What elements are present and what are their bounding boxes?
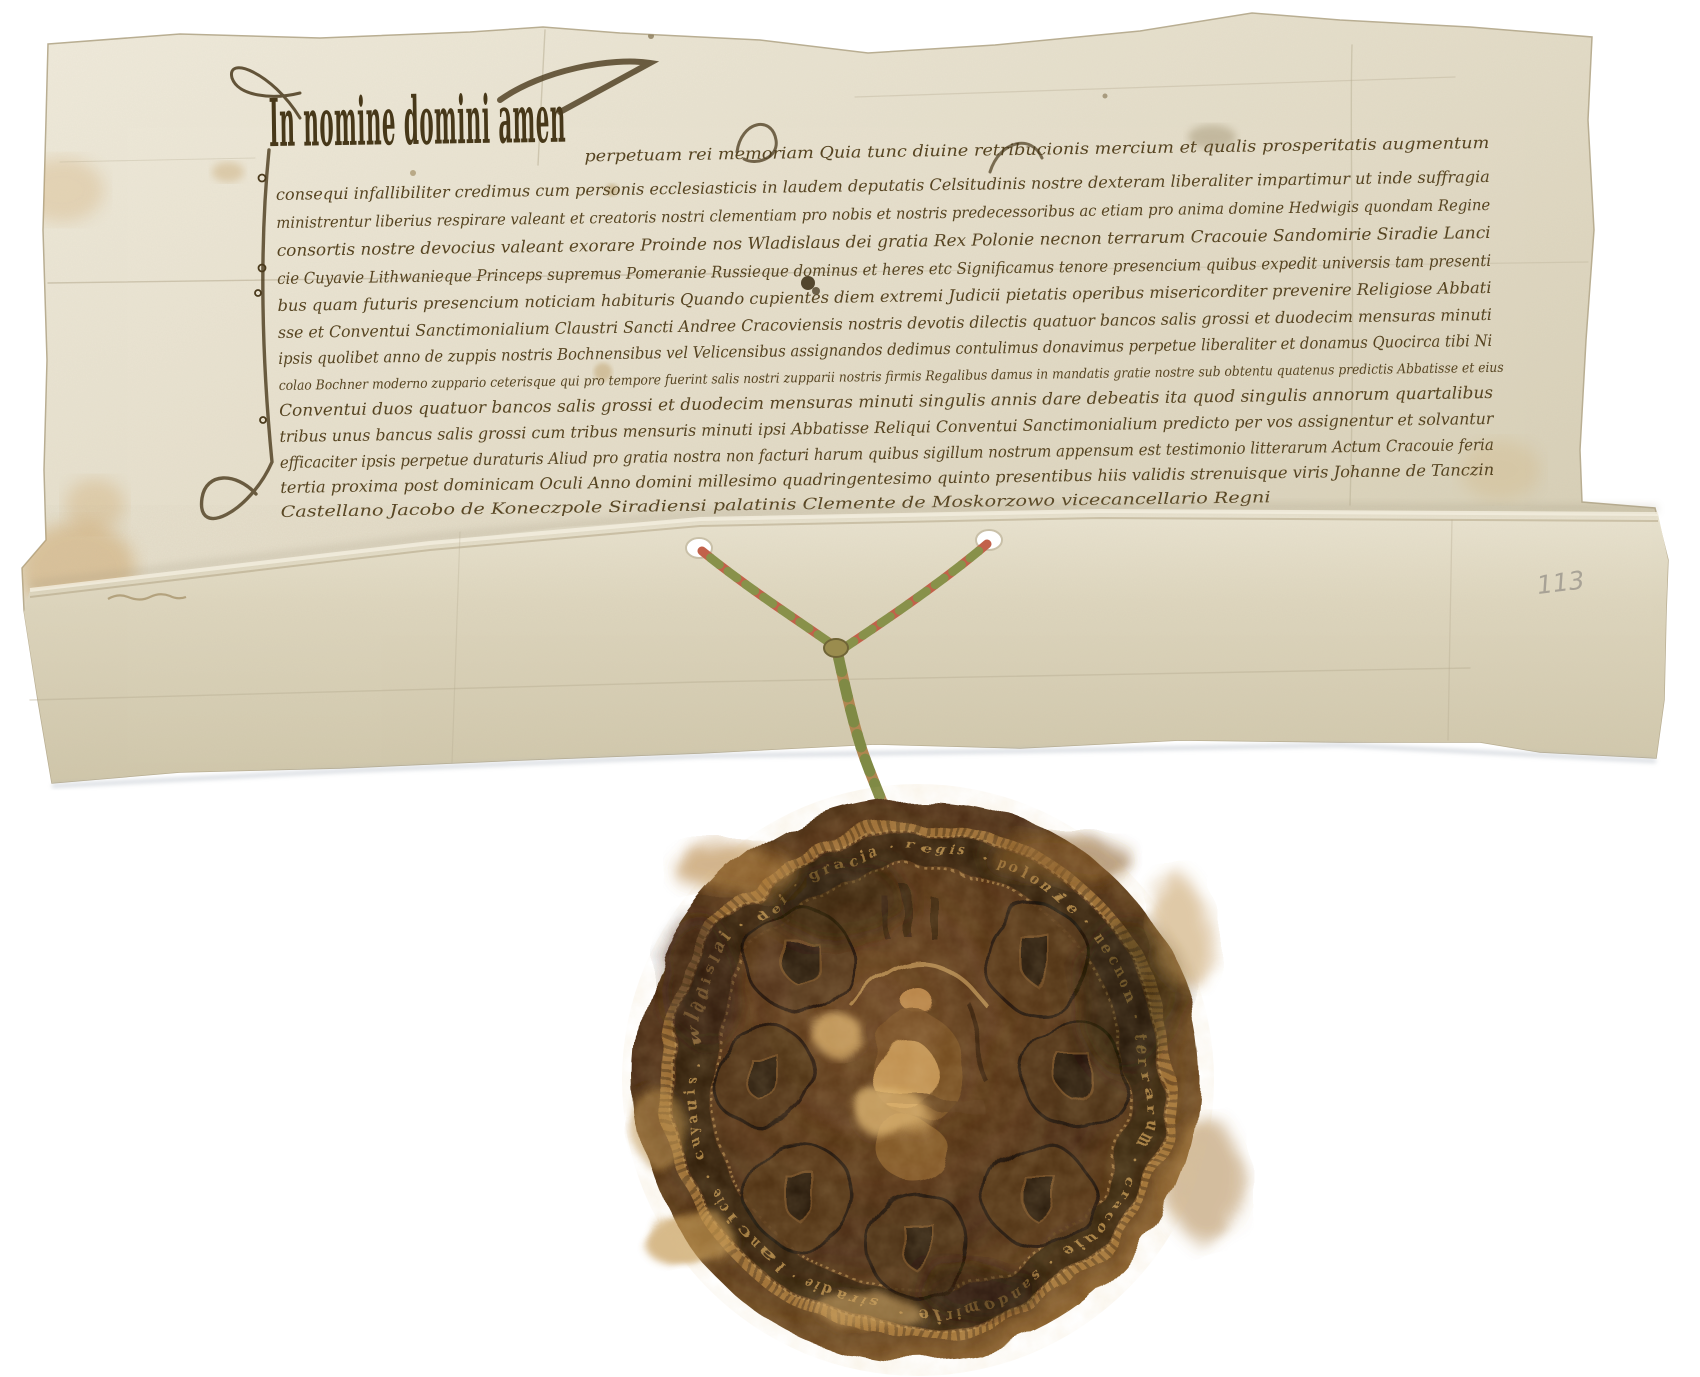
- charter-scene: In nomine domini amen perpetuam rei memo…: [0, 0, 1700, 1377]
- spot: [1103, 94, 1108, 99]
- stain: [212, 162, 244, 182]
- stain: [1597, 190, 1653, 410]
- spot: [410, 170, 416, 176]
- pencil-inventory-number: 113: [1535, 565, 1586, 600]
- charter-photograph: In nomine domini amen perpetuam rei memo…: [0, 0, 1700, 1377]
- seal-wax-texture: [620, 780, 1220, 1377]
- plica-fold: 113: [0, 505, 1700, 795]
- cord-knot: [824, 639, 848, 657]
- opening-display-script: In nomine domini amen: [268, 81, 566, 163]
- stain: [20, 158, 104, 222]
